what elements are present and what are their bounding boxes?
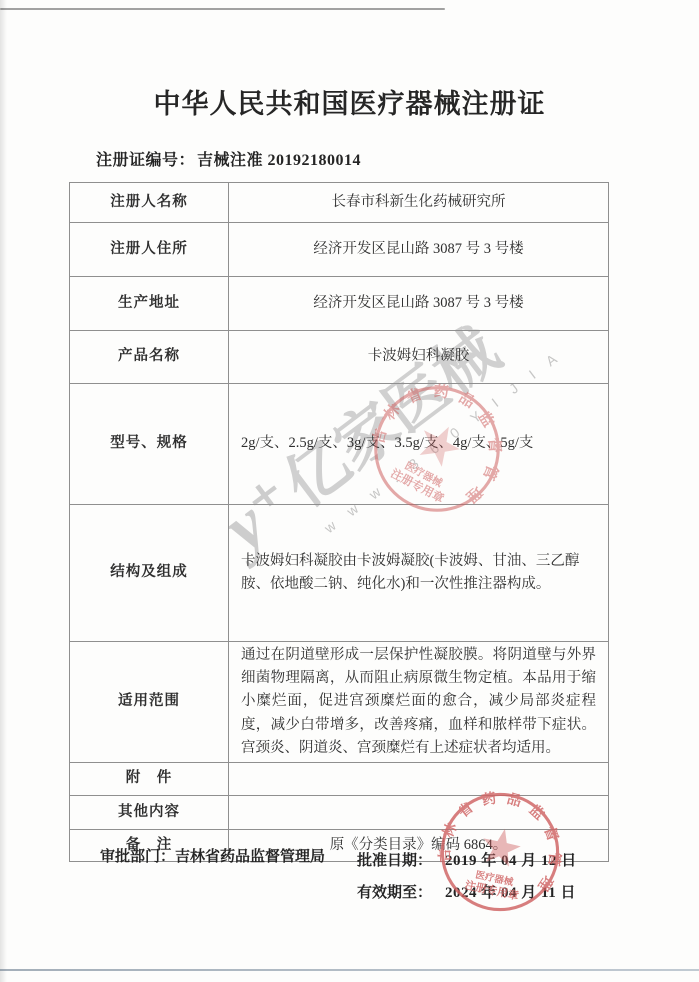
approval-department-label: 审批部门：: [100, 849, 175, 865]
row-value: 经济开发区昆山路 3087 号 3 号楼: [229, 223, 609, 277]
row-value: 通过在阴道壁形成一层保护性凝胶膜。将阴道壁与外界细菌物理隔离，从而阻止病原微生物…: [229, 642, 609, 763]
row-label: 产品名称: [70, 331, 229, 384]
cert-number-line: 注册证编号：吉械注准 20192180014: [96, 147, 361, 170]
row-label: 其他内容: [70, 795, 229, 829]
table-row: 生产地址 经济开发区昆山路 3087 号 3 号楼: [70, 277, 609, 331]
table-row: 型号、规格 2g/支、2.5g/支、3g/支、3.5g/支、4g/支、5g/支: [70, 384, 609, 505]
row-value: 2g/支、2.5g/支、3g/支、3.5g/支、4g/支、5g/支: [229, 384, 609, 505]
certificate-table: 注册人名称 长春市科新生化药械研究所 注册人住所 经济开发区昆山路 3087 号…: [69, 182, 609, 862]
table-row: 注册人住所 经济开发区昆山路 3087 号 3 号楼: [70, 223, 609, 277]
cert-number-label: 注册证编号：: [96, 152, 195, 169]
approval-date-label: 批准日期：: [357, 853, 432, 869]
scan-left-shadow: [0, 0, 7, 982]
row-label: 附 件: [70, 762, 229, 795]
row-label: 型号、规格: [70, 384, 229, 505]
row-label: 生产地址: [70, 277, 229, 331]
table-row: 注册人名称 长春市科新生化药械研究所: [70, 183, 609, 223]
row-value: 卡波姆妇科凝胶由卡波姆凝胶(卡波姆、甘油、三乙醇胺、依地酸二钠、纯化水)和一次性…: [229, 505, 609, 642]
valid-until-label: 有效期至：: [357, 885, 432, 901]
table-row: 适用范围 通过在阴道壁形成一层保护性凝胶膜。将阴道壁与外界细菌物理隔离，从而阻止…: [70, 642, 609, 763]
approval-date-value: 2019 年 04 月 12 日: [445, 853, 577, 869]
approval-department-line: 审批部门：吉林省药品监督管理局: [100, 845, 325, 866]
table-row: 产品名称 卡波姆妇科凝胶: [70, 331, 609, 384]
scan-top-edge: [0, 8, 445, 10]
row-label: 结构及组成: [70, 505, 229, 642]
scan-bottom-edge: [0, 969, 699, 971]
row-label: 注册人住所: [70, 223, 229, 277]
row-value: 长春市科新生化药械研究所: [229, 183, 609, 223]
table-row: 结构及组成 卡波姆妇科凝胶由卡波姆凝胶(卡波姆、甘油、三乙醇胺、依地酸二钠、纯化…: [70, 505, 609, 642]
row-value: 卡波姆妇科凝胶: [229, 331, 609, 384]
row-value: 经济开发区昆山路 3087 号 3 号楼: [229, 277, 609, 331]
table-row: 附 件: [70, 762, 609, 795]
row-label: 适用范围: [70, 642, 229, 763]
row-value: [229, 795, 609, 829]
valid-until-line: 有效期至：2024 年 04 月 11 日: [357, 877, 577, 909]
certificate-page: y⁺亿家医械 w w w . 3 6 0 Y I J I A 中华人民共和国医疗…: [0, 0, 699, 982]
approval-date-line: 批准日期：2019 年 04 月 12 日: [357, 845, 577, 877]
cert-number-value: 吉械注准 20192180014: [197, 152, 361, 169]
row-label: 注册人名称: [70, 183, 229, 223]
approval-department-value: 吉林省药品监督管理局: [175, 849, 325, 865]
table-row: 其他内容: [70, 795, 609, 829]
page-title: 中华人民共和国医疗器械注册证: [0, 82, 699, 121]
valid-until-value: 2024 年 04 月 11 日: [445, 885, 576, 901]
dates-block: 批准日期：2019 年 04 月 12 日 有效期至：2024 年 04 月 1…: [357, 845, 577, 909]
row-value: [229, 762, 609, 795]
